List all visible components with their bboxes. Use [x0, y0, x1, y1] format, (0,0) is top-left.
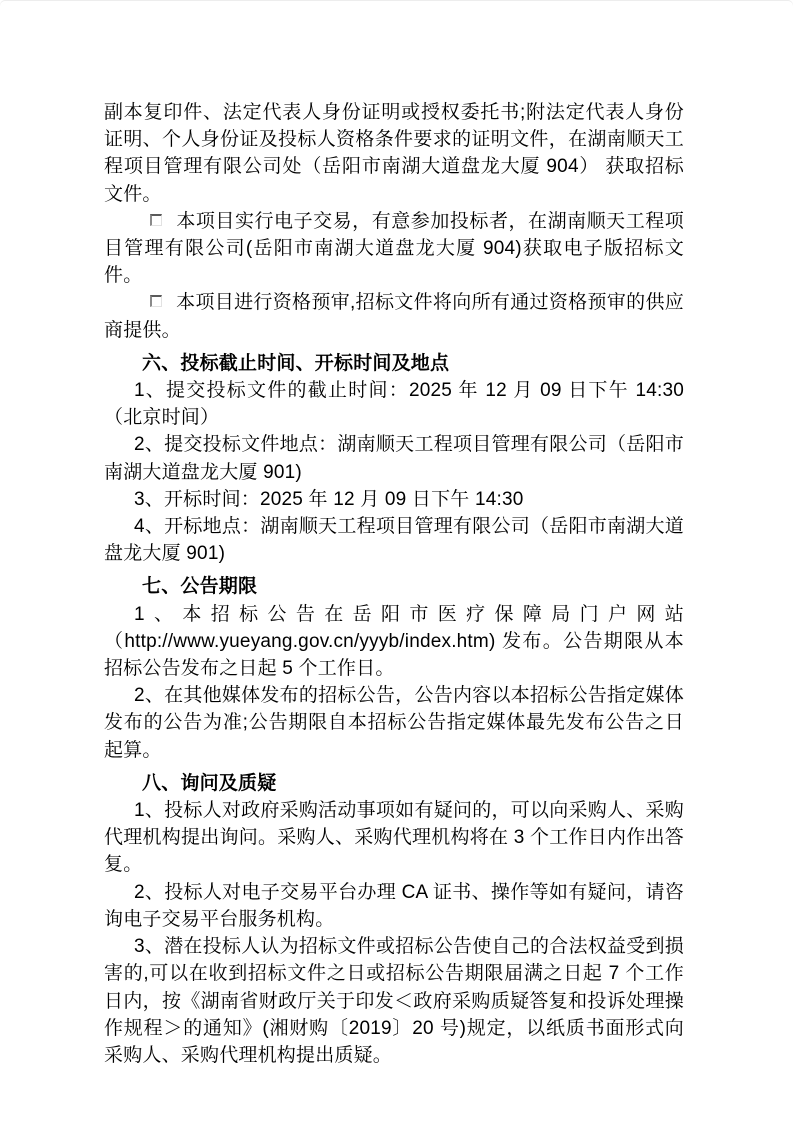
empty-checkbox-icon: [150, 295, 162, 307]
checkbox-option-label: 本项目实行电子交易，有意参加投标者，在湖南顺天工程项目管理有限公司(岳阳市南湖大…: [104, 211, 684, 286]
list-item-ca-certificate: 2、投标人对电子交易平台办理 CA 证书、操作等如有疑问，请咨询电子交易平台服务…: [104, 879, 684, 933]
document-page: 副本复印件、法定代表人身份证明或授权委托书;附法定代表人身份证明、个人身份证及投…: [0, 0, 793, 1122]
list-item-opening-location: 4、开标地点：湖南顺天工程项目管理有限公司（岳阳市南湖大道盘龙大厦 901): [104, 513, 684, 567]
list-item-announcement-website: 1、本招标公告在岳阳市医疗保障局门户网站 （http://www.yueyang…: [104, 601, 684, 683]
list-item-challenge-procedure: 3、潜在投标人认为招标文件或招标公告使自己的合法权益受到损害的,可以在收到招标文…: [104, 933, 684, 1069]
checkbox-option-label: 本项目进行资格预审,招标文件将向所有通过资格预审的供应商提供。: [104, 292, 684, 340]
document-body: 副本复印件、法定代表人身份证明或授权委托书;附法定代表人身份证明、个人身份证及投…: [104, 99, 684, 1069]
section-heading-inquiry-challenge: 八、询问及质疑: [104, 770, 684, 797]
checkbox-option-prequalification: 本项目进行资格预审,招标文件将向所有通过资格预审的供应商提供。: [104, 289, 684, 343]
list-item-submission-deadline: 1、提交投标文件的截止时间：2025 年 12 月 09 日下午 14:30 （…: [104, 377, 684, 431]
section-heading-announcement-period: 七、公告期限: [104, 573, 684, 600]
list-item-other-media: 2、在其他媒体发布的招标公告，公告内容以本招标公告指定媒体发布的公告为准;公告期…: [104, 682, 684, 764]
empty-checkbox-icon: [150, 214, 162, 226]
list-item-opening-time: 3、开标时间：2025 年 12 月 09 日下午 14:30: [104, 486, 684, 513]
paragraph-tender-documents-continuation: 副本复印件、法定代表人身份证明或授权委托书;附法定代表人身份证明、个人身份证及投…: [104, 99, 684, 208]
checkbox-option-electronic-trading: 本项目实行电子交易，有意参加投标者，在湖南顺天工程项目管理有限公司(岳阳市南湖大…: [104, 208, 684, 290]
section-heading-deadline-opening: 六、投标截止时间、开标时间及地点: [104, 350, 684, 377]
list-item-inquiry: 1、投标人对政府采购活动事项如有疑问的，可以向采购人、采购代理机构提出询问。采购…: [104, 797, 684, 879]
list-item-submission-location: 2、提交投标文件地点：湖南顺天工程项目管理有限公司（岳阳市南湖大道盘龙大厦 90…: [104, 431, 684, 485]
